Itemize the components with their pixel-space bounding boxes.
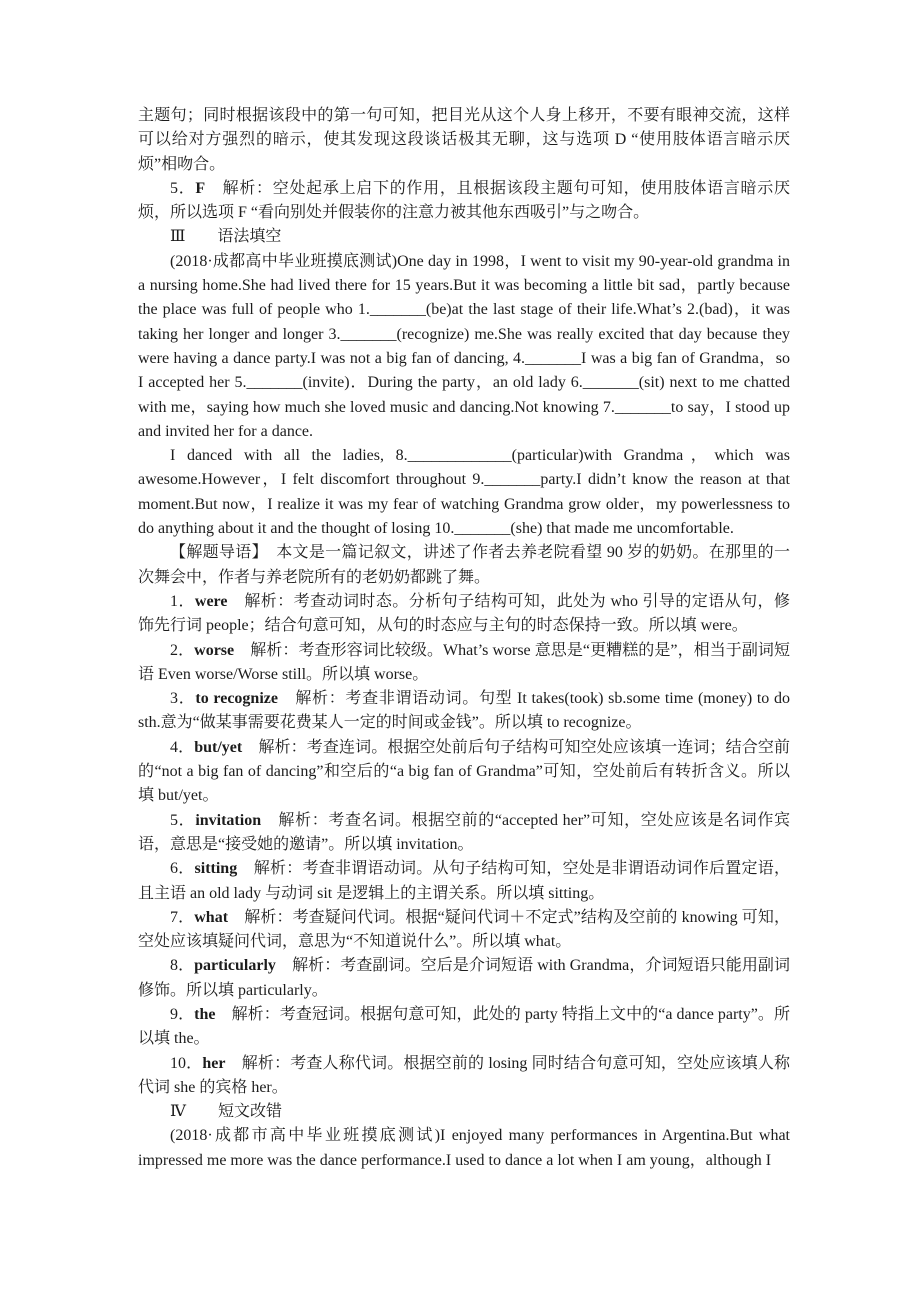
para-analysis-10-her: 10．her 解析：考查人称代词。根据空前的 losing 同时结合句意可知，空… <box>138 1052 790 1101</box>
para-grammar-fill-passage-1: (2018·成都高中毕业班摸底测试)One day in 1998，I went… <box>138 250 790 444</box>
text-run: 解析：考查人称代词。根据空前的 losing 同时结合句意可知，空处应该填人称代… <box>138 1055 790 1096</box>
answer-word: her <box>202 1055 225 1072</box>
answer-word: invitation <box>195 812 261 829</box>
text-run: (2018·成都高中毕业班摸底测试)One day in 1998，I went… <box>138 253 790 440</box>
text-run: 9． <box>170 1006 194 1023</box>
text-run: 解析：考查动词时态。分析句子结构可知，此处为 who 引导的定语从句，修饰先行词… <box>138 593 790 634</box>
text-run: 5． <box>170 180 195 197</box>
section-heading-error-correction: Ⅳ 短文改错 <box>138 1100 790 1124</box>
answer-word: what <box>194 909 228 926</box>
para-reading-guide: 【解题导语】 本文是一篇记叙文，讲述了作者去养老院看望 90 岁的奶奶。在那里的… <box>138 541 790 590</box>
answer-word: worse <box>194 642 234 659</box>
text-run: 4． <box>170 739 194 756</box>
text-run: 2． <box>170 642 194 659</box>
answer-word: particularly <box>194 957 276 974</box>
text-run: 7． <box>170 909 194 926</box>
text-run: I danced with all the ladies, 8.________… <box>138 447 790 537</box>
answer-word: F <box>195 180 205 197</box>
document-page: 主题句；同时根据该段中的第一句可知，把目光从这个人身上移开，不要有眼神交流，这样… <box>0 0 920 1302</box>
text-run: 8． <box>170 957 194 974</box>
text-run: 10． <box>170 1055 202 1072</box>
para-analysis-2-worse: 2．worse 解析：考查形容词比较级。What’s worse 意思是“更糟糕… <box>138 639 790 688</box>
para-grammar-fill-passage-2: I danced with all the ladies, 8.________… <box>138 444 790 541</box>
answer-word: to recognize <box>195 690 278 707</box>
text-run: 主题句；同时根据该段中的第一句可知，把目光从这个人身上移开，不要有眼神交流，这样… <box>138 107 790 173</box>
para-analysis-6-sitting: 6．sitting 解析：考查非谓语动词。从句子结构可知，空处是非谓语动词作后置… <box>138 857 790 906</box>
answer-word: sitting <box>195 860 238 877</box>
text-run: 6． <box>170 860 195 877</box>
text-run: Ⅳ 短文改错 <box>170 1103 282 1120</box>
text-run: 解析：考查冠词。根据句意可知，此处的 party 特指上文中的“a dance … <box>138 1006 790 1047</box>
section-heading-grammar-fill: Ⅲ 语法填空 <box>138 225 790 249</box>
para-analysis-4-but-yet: 4．but/yet 解析：考查连词。根据空处前后句子结构可知空处应该填一连词；结… <box>138 736 790 809</box>
answer-word: the <box>194 1006 215 1023</box>
para-analysis-8-particularly: 8．particularly 解析：考查副词。空后是介词短语 with Gran… <box>138 954 790 1003</box>
para-continuation-topic-sentence: 主题句；同时根据该段中的第一句可知，把目光从这个人身上移开，不要有眼神交流，这样… <box>138 104 790 177</box>
para-analysis-3-to-recognize: 3．to recognize 解析：考查非谓语动词。句型 It takes(to… <box>138 687 790 736</box>
text-run: 解析：考查疑问代词。根据“疑问代词＋不定式”结构及空前的 knowing 可知，… <box>138 909 790 950</box>
text-run: 5． <box>170 812 195 829</box>
text-run: (2018·成都市高中毕业班摸底测试)I enjoyed many perfor… <box>138 1127 790 1168</box>
para-analysis-7-what: 7．what 解析：考查疑问代词。根据“疑问代词＋不定式”结构及空前的 know… <box>138 906 790 955</box>
para-analysis-1-were: 1．were 解析：考查动词时态。分析句子结构可知，此处为 who 引导的定语从… <box>138 590 790 639</box>
document-content: 主题句；同时根据该段中的第一句可知，把目光从这个人身上移开，不要有眼神交流，这样… <box>138 104 790 1173</box>
para-analysis-5F: 5．F 解析：空处起承上启下的作用，且根据该段主题句可知，使用肢体语言暗示厌烦，… <box>138 177 790 226</box>
text-run: 【解题导语】 本文是一篇记叙文，讲述了作者去养老院看望 90 岁的奶奶。在那里的… <box>138 544 790 585</box>
para-analysis-5-invitation: 5．invitation 解析：考查名词。根据空前的“accepted her”… <box>138 809 790 858</box>
text-run: 3． <box>170 690 195 707</box>
text-run: 解析：考查形容词比较级。What’s worse 意思是“更糟糕的是”，相当于副… <box>138 642 790 683</box>
text-run: 解析：空处起承上启下的作用，且根据该段主题句可知，使用肢体语言暗示厌烦，所以选项… <box>138 180 790 221</box>
para-error-correction-passage: (2018·成都市高中毕业班摸底测试)I enjoyed many perfor… <box>138 1124 790 1173</box>
text-run: 1． <box>170 593 195 610</box>
para-analysis-9-the: 9．the 解析：考查冠词。根据句意可知，此处的 party 特指上文中的“a … <box>138 1003 790 1052</box>
answer-word: but/yet <box>194 739 242 756</box>
answer-word: were <box>195 593 228 610</box>
text-run: Ⅲ 语法填空 <box>170 228 281 245</box>
